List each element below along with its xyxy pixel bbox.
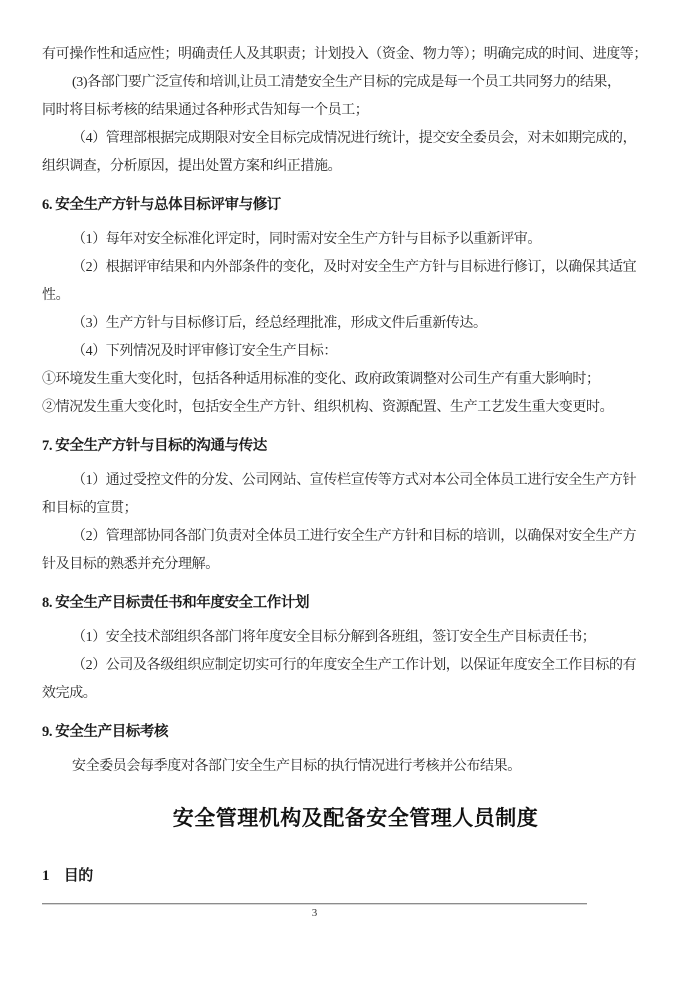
body-line: 有可操作性和适应性；明确责任人及其职责；计划投入（资金、物力等）；明确完成的时间… [42,41,654,69]
body-line: 同时将目标考核的结果通过各种形式告知每一个员工； [42,97,654,125]
body-line: （2）公司及各级组织应制定切实可行的年度安全生产工作计划，以保证年度安全工作目标… [42,652,654,680]
section-1-heading: 1 目的 [42,862,654,890]
section-7-heading: 7. 安全生产方针与目标的沟通与传达 [42,432,654,460]
body-line: ①环境发生重大变化时，包括各种适用标准的变化、政府政策调整对公司生产有重大影响时… [42,366,654,394]
body-line: （4）管理部根据完成期限对安全目标完成情况进行统计，提交安全委员会，对未如期完成… [42,125,654,153]
body-line: （4）下列情况及时评审修订安全生产目标： [42,338,654,366]
section-8-heading: 8. 安全生产目标责任书和年度安全工作计划 [42,589,654,617]
page-number: 3 [42,906,587,920]
body-line: 组织调查，分析原因，提出处置方案和纠正措施。 [42,153,654,181]
body-line: （1）安全技术部组织各部门将年度安全目标分解到各班组，签订安全生产目标责任书； [42,624,654,652]
section-6-heading: 6. 安全生产方针与总体目标评审与修订 [42,191,654,219]
chapter-title: 安全管理机构及配备安全管理人员制度 [57,801,654,835]
document-page: 有可操作性和适应性；明确责任人及其职责；计划投入（资金、物力等）；明确完成的时间… [0,0,700,990]
body-line: （1）每年对安全标准化评定时，同时需对安全生产方针与目标予以重新评审。 [42,226,654,254]
body-line: （1）通过受控文件的分发、公司网站、宣传栏宣传等方式对本公司全体员工进行安全生产… [42,467,654,495]
body-line: （2）根据评审结果和内外部条件的变化，及时对安全生产方针与目标进行修订，以确保其… [42,254,654,282]
body-line: 和目标的宣贯； [42,495,654,523]
body-line: 效完成。 [42,680,654,708]
body-line: 安全委员会每季度对各部门安全生产目标的执行情况进行考核并公布结果。 [42,753,654,781]
body-line: （2）管理部协同各部门负责对全体员工进行安全生产方针和目标的培训，以确保对安全生… [42,523,654,551]
body-line: 性。 [42,282,654,310]
footer-divider [42,903,587,904]
body-line: (3)各部门要广泛宣传和培训,让员工清楚安全生产目标的完成是每一个员工共同努力的… [42,69,654,97]
section-9-heading: 9. 安全生产目标考核 [42,718,654,746]
document-body: 有可操作性和适应性；明确责任人及其职责；计划投入（资金、物力等）；明确完成的时间… [42,41,654,890]
body-line: 针及目标的熟悉并充分理解。 [42,551,654,579]
body-line: （3）生产方针与目标修订后，经总经理批准，形成文件后重新传达。 [42,310,654,338]
body-line: ②情况发生重大变化时，包括安全生产方针、组织机构、资源配置、生产工艺发生重大变更… [42,394,654,422]
